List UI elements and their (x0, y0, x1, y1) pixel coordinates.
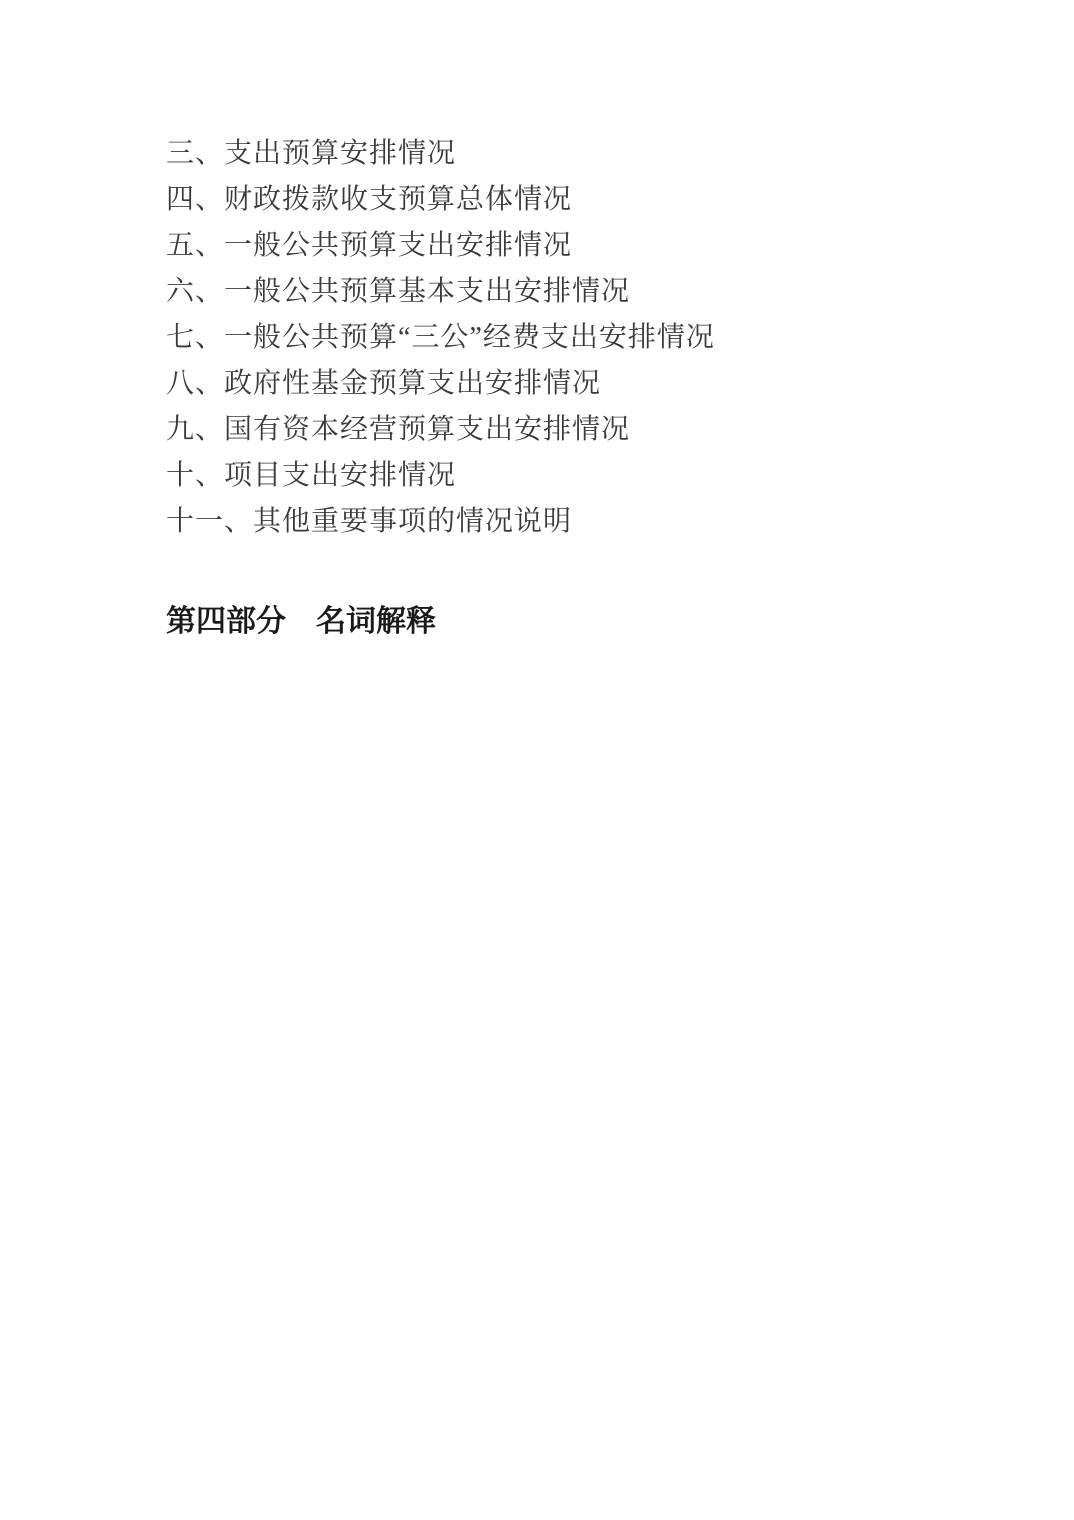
toc-item: 十、项目支出安排情况 (166, 453, 1014, 499)
section-heading: 第四部分 名词解释 (166, 599, 1014, 645)
toc-item: 十一、其他重要事项的情况说明 (166, 499, 1014, 545)
toc-list: 三、支出预算安排情况 四、财政拨款收支预算总体情况 五、一般公共预算支出安排情况… (166, 131, 1014, 545)
toc-item: 四、财政拨款收支预算总体情况 (166, 177, 1014, 223)
toc-item: 三、支出预算安排情况 (166, 131, 1014, 177)
toc-item: 五、一般公共预算支出安排情况 (166, 223, 1014, 269)
toc-item: 六、一般公共预算基本支出安排情况 (166, 269, 1014, 315)
document-content: 三、支出预算安排情况 四、财政拨款收支预算总体情况 五、一般公共预算支出安排情况… (166, 131, 1014, 645)
toc-item: 八、政府性基金预算支出安排情况 (166, 361, 1014, 407)
document-page: 三、支出预算安排情况 四、财政拨款收支预算总体情况 五、一般公共预算支出安排情况… (0, 0, 1074, 1520)
toc-item: 九、国有资本经营预算支出安排情况 (166, 407, 1014, 453)
toc-item: 七、一般公共预算“三公”经费支出安排情况 (166, 315, 1014, 361)
